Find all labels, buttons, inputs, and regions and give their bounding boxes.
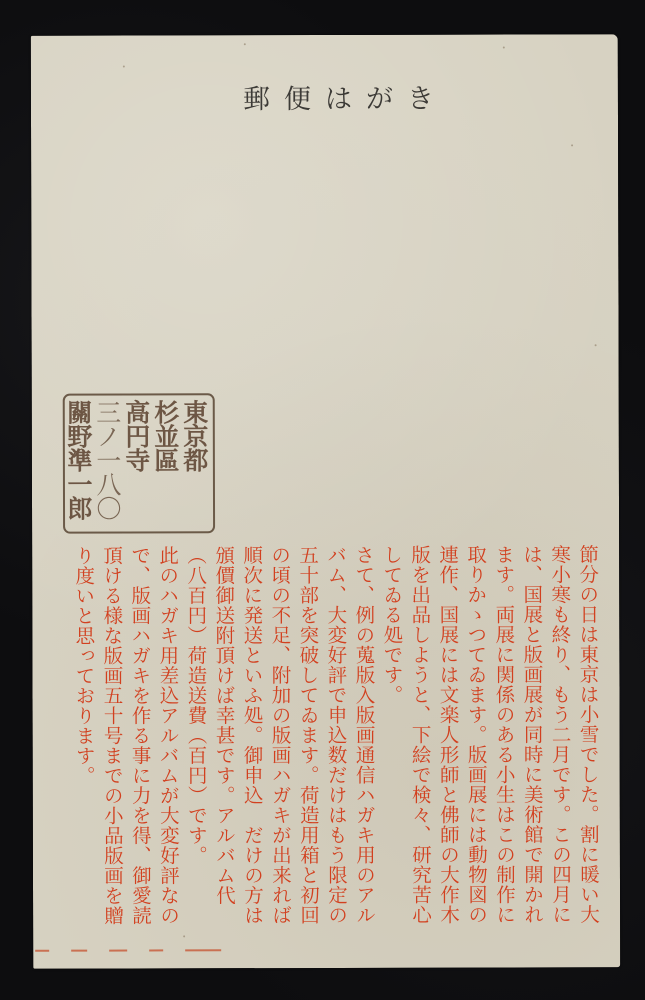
- paper-speck: [183, 935, 185, 937]
- paper-speck: [595, 344, 597, 346]
- paper-speck: [571, 144, 573, 146]
- message-column: 版を出品しようと、下絵で検々、研究苦心: [405, 545, 434, 945]
- message-column: の頃の不足、附加の版画ハガキが出来れば: [265, 545, 294, 945]
- message-column: 五十部を突破してゐます。荷造用箱と初回: [293, 545, 322, 945]
- message-column: ます。両展に関係のある小生はこの制作に: [489, 544, 518, 944]
- message-column: してゐる処です。: [377, 545, 406, 945]
- message-column: 寒小寒も終り、もう二月です。この四月に: [545, 544, 574, 944]
- message-column: （八百円）荷造送費（百円）です。: [181, 545, 210, 945]
- message-column: は、国展と版画展が同時に美術館で開かれ: [517, 544, 546, 944]
- message-column: 頂ける様な版画五十号までの小品版画を贈: [97, 546, 126, 946]
- message-column: り度いと思っております。: [69, 546, 98, 946]
- dashed-guide-line: [35, 949, 221, 951]
- postcard: 郵便はがき 東京都 杉並區 高円寺 三ノ一八〇 關野準一郎 節分の日は東京は小雪…: [31, 34, 620, 969]
- stamp-line-name: 關野準一郎: [64, 400, 93, 528]
- message-column: 此のハガキ用差込アルバムが大変好評なの: [153, 545, 182, 945]
- stamp-line-number: 三ノ一八〇: [93, 400, 122, 528]
- stamp-line-ward: 杉並區: [151, 399, 180, 527]
- message-column: さて、例の蒐版入版画通信ハガキ用のアル: [349, 545, 378, 945]
- message-column: 順次に発送といふ処。御申込 だけの方は: [237, 545, 266, 945]
- sender-address-stamp: 東京都 杉並區 高円寺 三ノ一八〇 關野準一郎: [63, 393, 215, 533]
- stamp-line-prefecture: 東京都: [180, 399, 209, 527]
- message-column: で、版画ハガキを作る事に力を得、御愛読: [125, 545, 154, 945]
- paper-speck: [503, 47, 505, 49]
- stamp-line-district: 高円寺: [122, 399, 151, 527]
- message-column: 取りかゝつてゐます。版画展には動物図の: [461, 545, 490, 945]
- message-column: 頒價御送附頂けば幸甚です。アルバム代: [209, 545, 238, 945]
- paper-speck: [244, 43, 246, 45]
- postcard-title: 郵便はがき: [243, 77, 448, 117]
- message-column: バム、大変好評で申込数だけはもう限定の: [321, 545, 350, 945]
- paper-speck: [123, 66, 125, 68]
- message-body: 節分の日は東京は小雪でした。割に暖い大 寒小寒も終り、もう二月です。この四月に …: [69, 544, 602, 945]
- message-column: 連作、国展には文楽人形師と佛師の大作木: [433, 545, 462, 945]
- message-column: 節分の日は東京は小雪でした。割に暖い大: [573, 544, 602, 944]
